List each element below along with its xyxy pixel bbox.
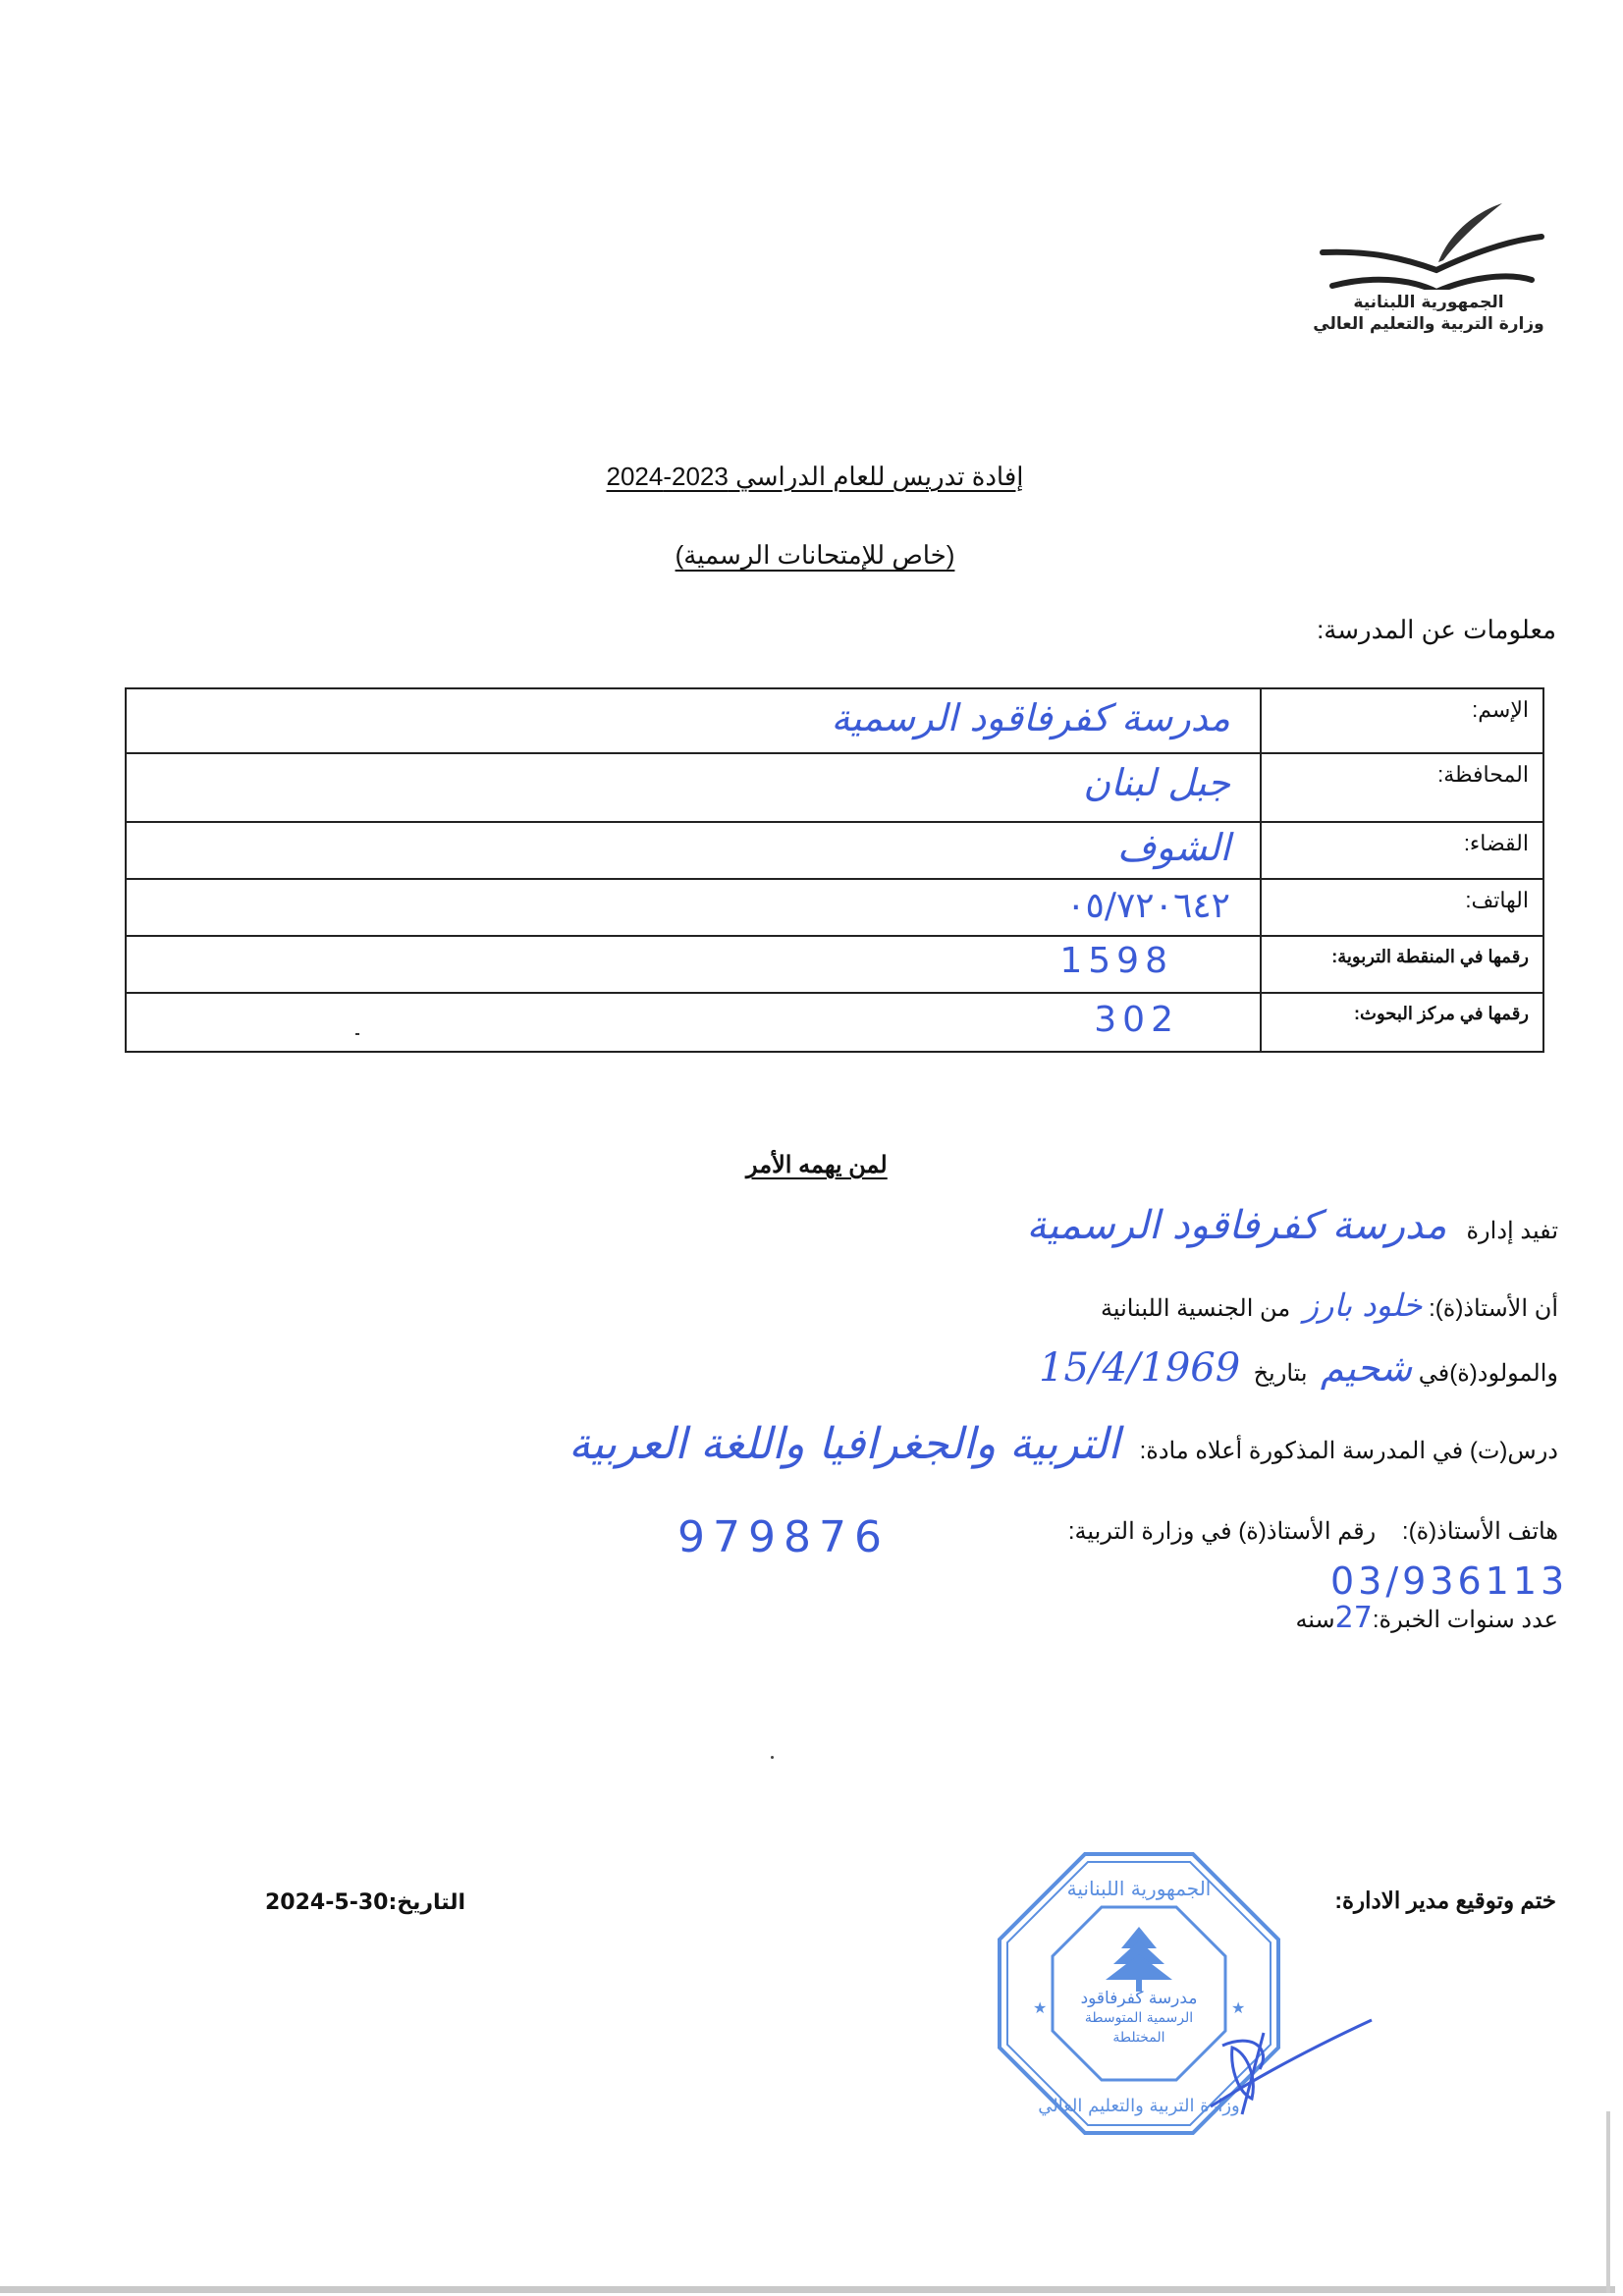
- book-quill-icon: [1311, 201, 1546, 290]
- cedar-icon: [1106, 1927, 1172, 1992]
- document-subtitle: (خاص للإمتحانات الرسمية): [550, 540, 1080, 571]
- school-info-table: الإسم: مدرسة كفرفاقود الرسمية المحافظة: …: [125, 687, 1544, 1053]
- birth-date-handwritten: 15/4/1969: [1039, 1345, 1240, 1391]
- value-district-cell: الشوف: [126, 822, 1261, 879]
- svg-text:★: ★: [1033, 1998, 1047, 2017]
- birthplace-handwritten: شحيم: [1321, 1346, 1412, 1390]
- label-district: القضاء:: [1261, 822, 1543, 879]
- value-name-cell: مدرسة كفرفاقود الرسمية: [126, 688, 1261, 753]
- birth-line: والمولود(ة)في شحيم بتاريخ 15/4/1969: [1039, 1345, 1558, 1391]
- value-research-cell: 302: [126, 993, 1261, 1052]
- value-edu-zone-cell: 1598: [126, 936, 1261, 993]
- value-governorate: جبل لبنان: [1083, 758, 1230, 807]
- stamp-inner-text: مدرسة كفرفاقود الرسمية المتوسطة المختلطة: [1051, 1989, 1227, 2048]
- value-research-center-number: 302: [1094, 996, 1179, 1045]
- scan-edge: [0, 2286, 1615, 2293]
- experience-line: عدد سنوات الخبرة:27سنه: [1295, 1601, 1558, 1635]
- issuer-school-handwritten: مدرسة كفرفاقود الرسمية: [1027, 1203, 1447, 1248]
- value-phone-cell: ٠٥/٧٢٠٦٤٢: [126, 879, 1261, 936]
- label-governorate: المحافظة:: [1261, 753, 1543, 822]
- table-row-governorate: المحافظة: جبل لبنان: [126, 753, 1543, 822]
- teacher-line: أن الأستاذ(ة): خلود بارز من الجنسية اللب…: [1101, 1286, 1558, 1324]
- value-school-name: مدرسة كفرفاقود الرسمية: [831, 693, 1230, 742]
- issue-date: التاريخ:30-5-2024: [265, 1890, 465, 1915]
- document-title: إفادة تدريس للعام الدراسي 2023-2024: [550, 462, 1080, 492]
- label-phone: الهاتف:: [1261, 879, 1543, 936]
- to-whom-it-may-concern: لمن يهمه الأمر: [746, 1151, 888, 1179]
- subject-handwritten: التربية والجغرافيا واللغة العربية: [568, 1419, 1120, 1469]
- scan-edge: [1606, 2111, 1610, 2293]
- document-page: الجمهورية اللبنانية وزارة التربية والتعل…: [0, 0, 1623, 2296]
- table-row-phone: الهاتف: ٠٥/٧٢٠٦٤٢: [126, 879, 1543, 936]
- value-school-phone: ٠٥/٧٢٠٦٤٢: [1066, 882, 1230, 931]
- label-research-center-number: رقمها في مركز البحوث:: [1261, 993, 1543, 1052]
- table-row-name: الإسم: مدرسة كفرفاقود الرسمية: [126, 688, 1543, 753]
- school-info-heading: معلومات عن المدرسة:: [1317, 615, 1556, 645]
- ministry-name: وزارة التربية والتعليم العالي: [1286, 313, 1571, 335]
- issuer-line: تفيد إدارة مدرسة كفرفاقود الرسمية: [1027, 1203, 1558, 1248]
- signature-icon: [1203, 2008, 1375, 2116]
- republic-name: الجمهورية اللبنانية: [1286, 292, 1571, 313]
- subject-line: درس(ت) في المدرسة المذكورة أعلاه مادة: ا…: [568, 1419, 1558, 1469]
- svg-text:الجمهورية اللبنانية: الجمهورية اللبنانية: [1067, 1877, 1212, 1900]
- ministry-number-handwritten: 979876: [677, 1512, 890, 1562]
- table-row-district: القضاء: الشوف: [126, 822, 1543, 879]
- teacher-name-handwritten: خلود بارز: [1304, 1286, 1423, 1324]
- ministry-logo-block: الجمهورية اللبنانية وزارة التربية والتعل…: [1286, 201, 1571, 349]
- value-governorate-cell: جبل لبنان: [126, 753, 1261, 822]
- label-name: الإسم:: [1261, 688, 1543, 753]
- stamp-signature-label: ختم وتوقيع مدير الادارة:: [1334, 1887, 1556, 1914]
- value-edu-zone-number: 1598: [1059, 937, 1173, 986]
- experience-years-handwritten: 27: [1335, 1601, 1373, 1635]
- teacher-phone-handwritten: 03/936113: [1330, 1559, 1568, 1603]
- phone-ministry-line: هاتف الأستاذ(ة): رقم الأستاذ(ة) في وزارة…: [1068, 1517, 1558, 1546]
- table-row-research-center-number: رقمها في مركز البحوث: 302: [126, 993, 1543, 1052]
- value-district: الشوف: [1117, 823, 1230, 872]
- scan-speck: [355, 1033, 359, 1035]
- label-edu-zone-number: رقمها في المنقطة التربوية:: [1261, 936, 1543, 993]
- table-row-edu-zone-number: رقمها في المنقطة التربوية: 1598: [126, 936, 1543, 993]
- scan-speck: [771, 1756, 774, 1759]
